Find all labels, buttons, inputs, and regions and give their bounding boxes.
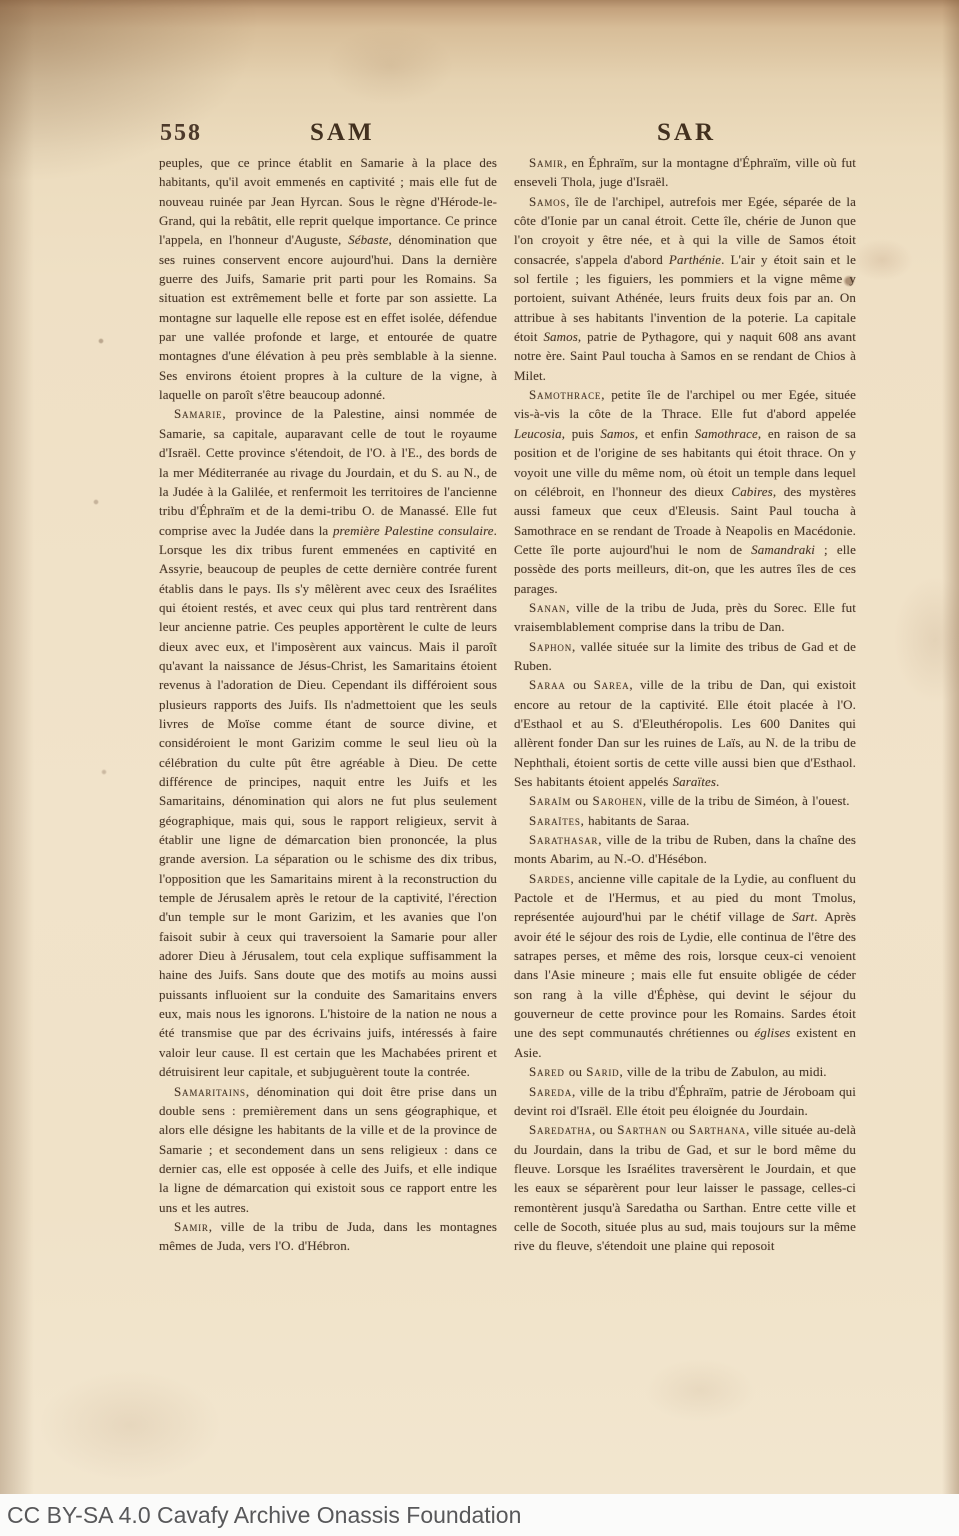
- text-run: , puis: [562, 426, 601, 441]
- paragraph: Sared ou Sarid, ville de la tribu de Zab…: [514, 1062, 856, 1081]
- entry-headword: Saredatha: [529, 1122, 592, 1137]
- text-run: Samothrace: [695, 426, 758, 441]
- entry-headword: Sarea: [594, 677, 630, 692]
- right-text-column: Samir, en Éphraïm, sur la montagne d'Éph…: [514, 153, 856, 1256]
- entry-headword: Samir: [529, 155, 564, 170]
- text-run: Samos: [600, 426, 634, 441]
- paragraph: Saraa ou Sarea, ville de la tribu de Dan…: [514, 675, 856, 791]
- text-run: Saraïtes: [673, 774, 716, 789]
- text-run: Sart: [792, 909, 814, 924]
- text-run: Cabires: [731, 484, 772, 499]
- book-page-scan: 558 SAM SAR peuples, que ce prince établ…: [0, 0, 959, 1494]
- entry-headword: Sared: [529, 1064, 565, 1079]
- entry-headword: Sarthan: [617, 1122, 667, 1137]
- text-run: , dénomination que ses ruines conservent…: [159, 232, 497, 402]
- entry-headword: Sarohen: [593, 793, 643, 808]
- paragraph: Sarathasar, ville de la tribu de Ruben, …: [514, 830, 856, 869]
- text-run: églises: [754, 1025, 790, 1040]
- entry-headword: Samir: [174, 1219, 209, 1234]
- text-run: , ville située au-delà du Jourdain, dans…: [514, 1122, 856, 1253]
- text-run: Leucosia: [514, 426, 562, 441]
- entry-headword: Sareda: [529, 1084, 572, 1099]
- entry-headword: Sarid: [586, 1064, 619, 1079]
- text-run: , ville de la tribu de Zabulon, au midi.: [619, 1064, 826, 1079]
- entry-headword: Saphon: [529, 639, 572, 654]
- paragraph: Sareda, ville de la tribu d'Éphraïm, pat…: [514, 1082, 856, 1121]
- paragraph: Saraïtes, habitants de Saraa.: [514, 811, 856, 830]
- running-head-right: SAR: [657, 119, 716, 147]
- text-run: , ville de la tribu de Siméon, à l'ouest…: [643, 793, 850, 808]
- paragraph: Samos, île de l'archipel, autrefois mer …: [514, 192, 856, 385]
- entry-headword: Sardes: [529, 871, 571, 886]
- left-text-column: peuples, que ce prince établit en Samari…: [159, 153, 497, 1256]
- page-number: 558: [160, 120, 202, 147]
- text-run: Samos: [543, 329, 577, 344]
- text-run: Parthénie: [669, 252, 721, 267]
- paragraph: Samothrace, petite île de l'archipel ou …: [514, 385, 856, 598]
- entry-headword: Sanan: [529, 600, 566, 615]
- entry-headword: Saraïm: [529, 793, 571, 808]
- text-run: Sébaste: [348, 232, 388, 247]
- text-run: , habitants de Saraa.: [581, 813, 690, 828]
- text-run: .: [716, 774, 719, 789]
- entry-headword: Samothrace: [529, 387, 601, 402]
- text-run: , province de la Palestine, ainsi nommée…: [159, 406, 497, 537]
- license-text: CC BY-SA 4.0 Cavafy Archive Onassis Foun…: [7, 1502, 521, 1529]
- text-run: . Lorsque les dix tribus furent emmenées…: [159, 523, 497, 1080]
- text-run: , ville de la tribu de Juda, dans les mo…: [159, 1219, 497, 1253]
- entry-headword: Samos: [529, 194, 566, 209]
- paragraph: Samaritains, dénomination qui doit être …: [159, 1082, 497, 1217]
- paragraph: Samarie, province de la Palestine, ainsi…: [159, 404, 497, 1081]
- text-run: ou: [565, 1064, 587, 1079]
- entry-headword: Samaritains: [174, 1084, 246, 1099]
- text-run: , ville de la tribu de Juda, près du Sor…: [514, 600, 856, 634]
- entry-headword: Sarathasar: [529, 832, 598, 847]
- text-run: première Palestine consulaire: [333, 523, 494, 538]
- text-run: , en Éphraïm, sur la montagne d'Éphraïm,…: [514, 155, 856, 189]
- text-run: ou: [571, 793, 593, 808]
- entry-headword: Saraa: [529, 677, 566, 692]
- paragraph: peuples, que ce prince établit en Samari…: [159, 153, 497, 404]
- text-run: , dénomination qui doit être prise dans …: [159, 1084, 497, 1215]
- paragraph: Samir, ville de la tribu de Juda, dans l…: [159, 1217, 497, 1256]
- text-run: , et enfin: [635, 426, 695, 441]
- running-head-left: SAM: [310, 119, 375, 147]
- text-run: ou: [667, 1122, 689, 1137]
- paragraph: Sanan, ville de la tribu de Juda, près d…: [514, 598, 856, 637]
- paragraph: Sardes, ancienne ville capitale de la Ly…: [514, 869, 856, 1062]
- entry-headword: Saraïtes: [529, 813, 581, 828]
- paragraph: Saraïm ou Sarohen, ville de la tribu de …: [514, 791, 856, 810]
- paragraph: Saredatha, ou Sarthan ou Sarthana, ville…: [514, 1120, 856, 1255]
- entry-headword: Samarie: [174, 406, 222, 421]
- paragraph: Saphon, vallée située sur la limite des …: [514, 637, 856, 676]
- text-run: , ville de la tribu de Dan, qui existoit…: [514, 677, 856, 789]
- text-run: . Après avoir été le séjour des rois de …: [514, 909, 856, 1040]
- paragraph: Samir, en Éphraïm, sur la montagne d'Éph…: [514, 153, 856, 192]
- text-run: , ou: [592, 1122, 617, 1137]
- text-run: ou: [566, 677, 594, 692]
- entry-headword: Sarthana: [689, 1122, 746, 1137]
- text-run: Samandraki: [751, 542, 815, 557]
- license-bar: CC BY-SA 4.0 Cavafy Archive Onassis Foun…: [0, 1494, 959, 1536]
